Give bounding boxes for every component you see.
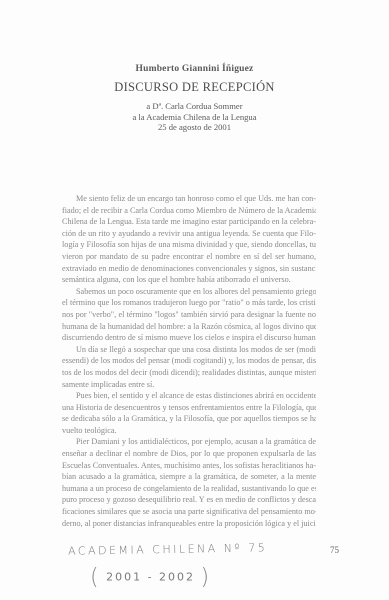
handwritten-note-line1: ACADEMIA CHILENA Nº 75 <box>68 541 267 557</box>
text-line: humana a un proceso de congelamiento de … <box>62 483 316 495</box>
text-line: extraviado en medio de denominaciones co… <box>62 263 316 275</box>
text-line: Me siento feliz de un encargo tan honros… <box>62 193 316 205</box>
dedication-recipient: a Dª. Carla Cordua Sommer <box>0 101 389 112</box>
page-number: 75 <box>330 545 339 555</box>
text-line: Un día se llegó a sospechar que una cosa… <box>62 344 316 356</box>
text-line: semántica alguna, con los que el hombre … <box>62 274 316 286</box>
text-line: vieron por mandato de su padre encontrar… <box>62 251 316 263</box>
close-paren: ) <box>201 565 212 590</box>
dedication-block: a Dª. Carla Cordua Sommer a la Academia … <box>0 101 389 133</box>
text-line: essendi) de los modos del pensar (modi c… <box>62 355 316 367</box>
paragraph: Un día se llegó a sospechar que una cosa… <box>62 344 316 390</box>
text-line: Pues bien, el sentido y el alcance de es… <box>62 390 316 402</box>
text-line: discurriendo dentro de sí mismo mueve lo… <box>62 332 316 344</box>
text-line: enseñar a declinar el nombre de Dios, po… <box>62 448 316 460</box>
text-line: puro proceso y gozoso desequilibrio real… <box>62 494 316 506</box>
page-title: DISCURSO DE RECEPCIÓN <box>0 80 389 95</box>
document-page: Humberto Giannini Íñiguez DISCURSO DE RE… <box>0 0 389 600</box>
handwritten-years: 2001 - 2002 <box>106 571 195 584</box>
text-line: samente implicadas entre sí. <box>62 379 316 391</box>
paragraph: Me siento feliz de un encargo tan honros… <box>62 193 316 286</box>
text-line: fiado; el de recibir a Carla Cordua como… <box>62 205 316 217</box>
dedication-institution: a la Academia Chilena de la Lengua <box>0 112 389 123</box>
paragraph: Pier Damiani y los antidialécticos, por … <box>62 436 316 529</box>
text-line: ción de un rito y ayudando a revivir una… <box>62 228 316 240</box>
text-line: Escuelas Conventuales. Antes, muchísimo … <box>62 460 316 472</box>
text-line: ficaciones similares que se asocia una p… <box>62 506 316 518</box>
text-line: derno, al poner distancias infranqueable… <box>62 518 316 530</box>
text-line: el término que los romanos tradujeron lu… <box>62 297 316 309</box>
text-line: bían acusado a la gramática, siempre a l… <box>62 471 316 483</box>
dedication-date: 25 de agosto de 2001 <box>0 122 389 133</box>
text-line: tos de los modos del decir (modi dicendi… <box>62 367 316 379</box>
text-line: vuelto teológica. <box>62 425 316 437</box>
body-text: Me siento feliz de un encargo tan honros… <box>62 193 316 529</box>
text-line: una Historia de desencuentros y tensos e… <box>62 402 316 414</box>
text-line: logía y Filosofía son hijas de una misma… <box>62 239 316 251</box>
text-line: Sabemos un poco oscuramente que en los a… <box>62 286 316 298</box>
open-paren: ( <box>90 565 101 590</box>
text-line: humana de la humanidad del hombre: a la … <box>62 321 316 333</box>
handwritten-note-line2: ( 2001 - 2002 ) <box>90 565 211 590</box>
text-line: nos por "verbo", el término "logos" tamb… <box>62 309 316 321</box>
paragraph: Pues bien, el sentido y el alcance de es… <box>62 390 316 436</box>
text-line: Chilena de la Lengua. Esta tarde me imag… <box>62 216 316 228</box>
text-line: Pier Damiani y los antidialécticos, por … <box>62 436 316 448</box>
author-name: Humberto Giannini Íñiguez <box>0 64 389 74</box>
text-line: se dedicaba sólo a la Gramática, y la Fi… <box>62 413 316 425</box>
paragraph: Sabemos un poco oscuramente que en los a… <box>62 286 316 344</box>
